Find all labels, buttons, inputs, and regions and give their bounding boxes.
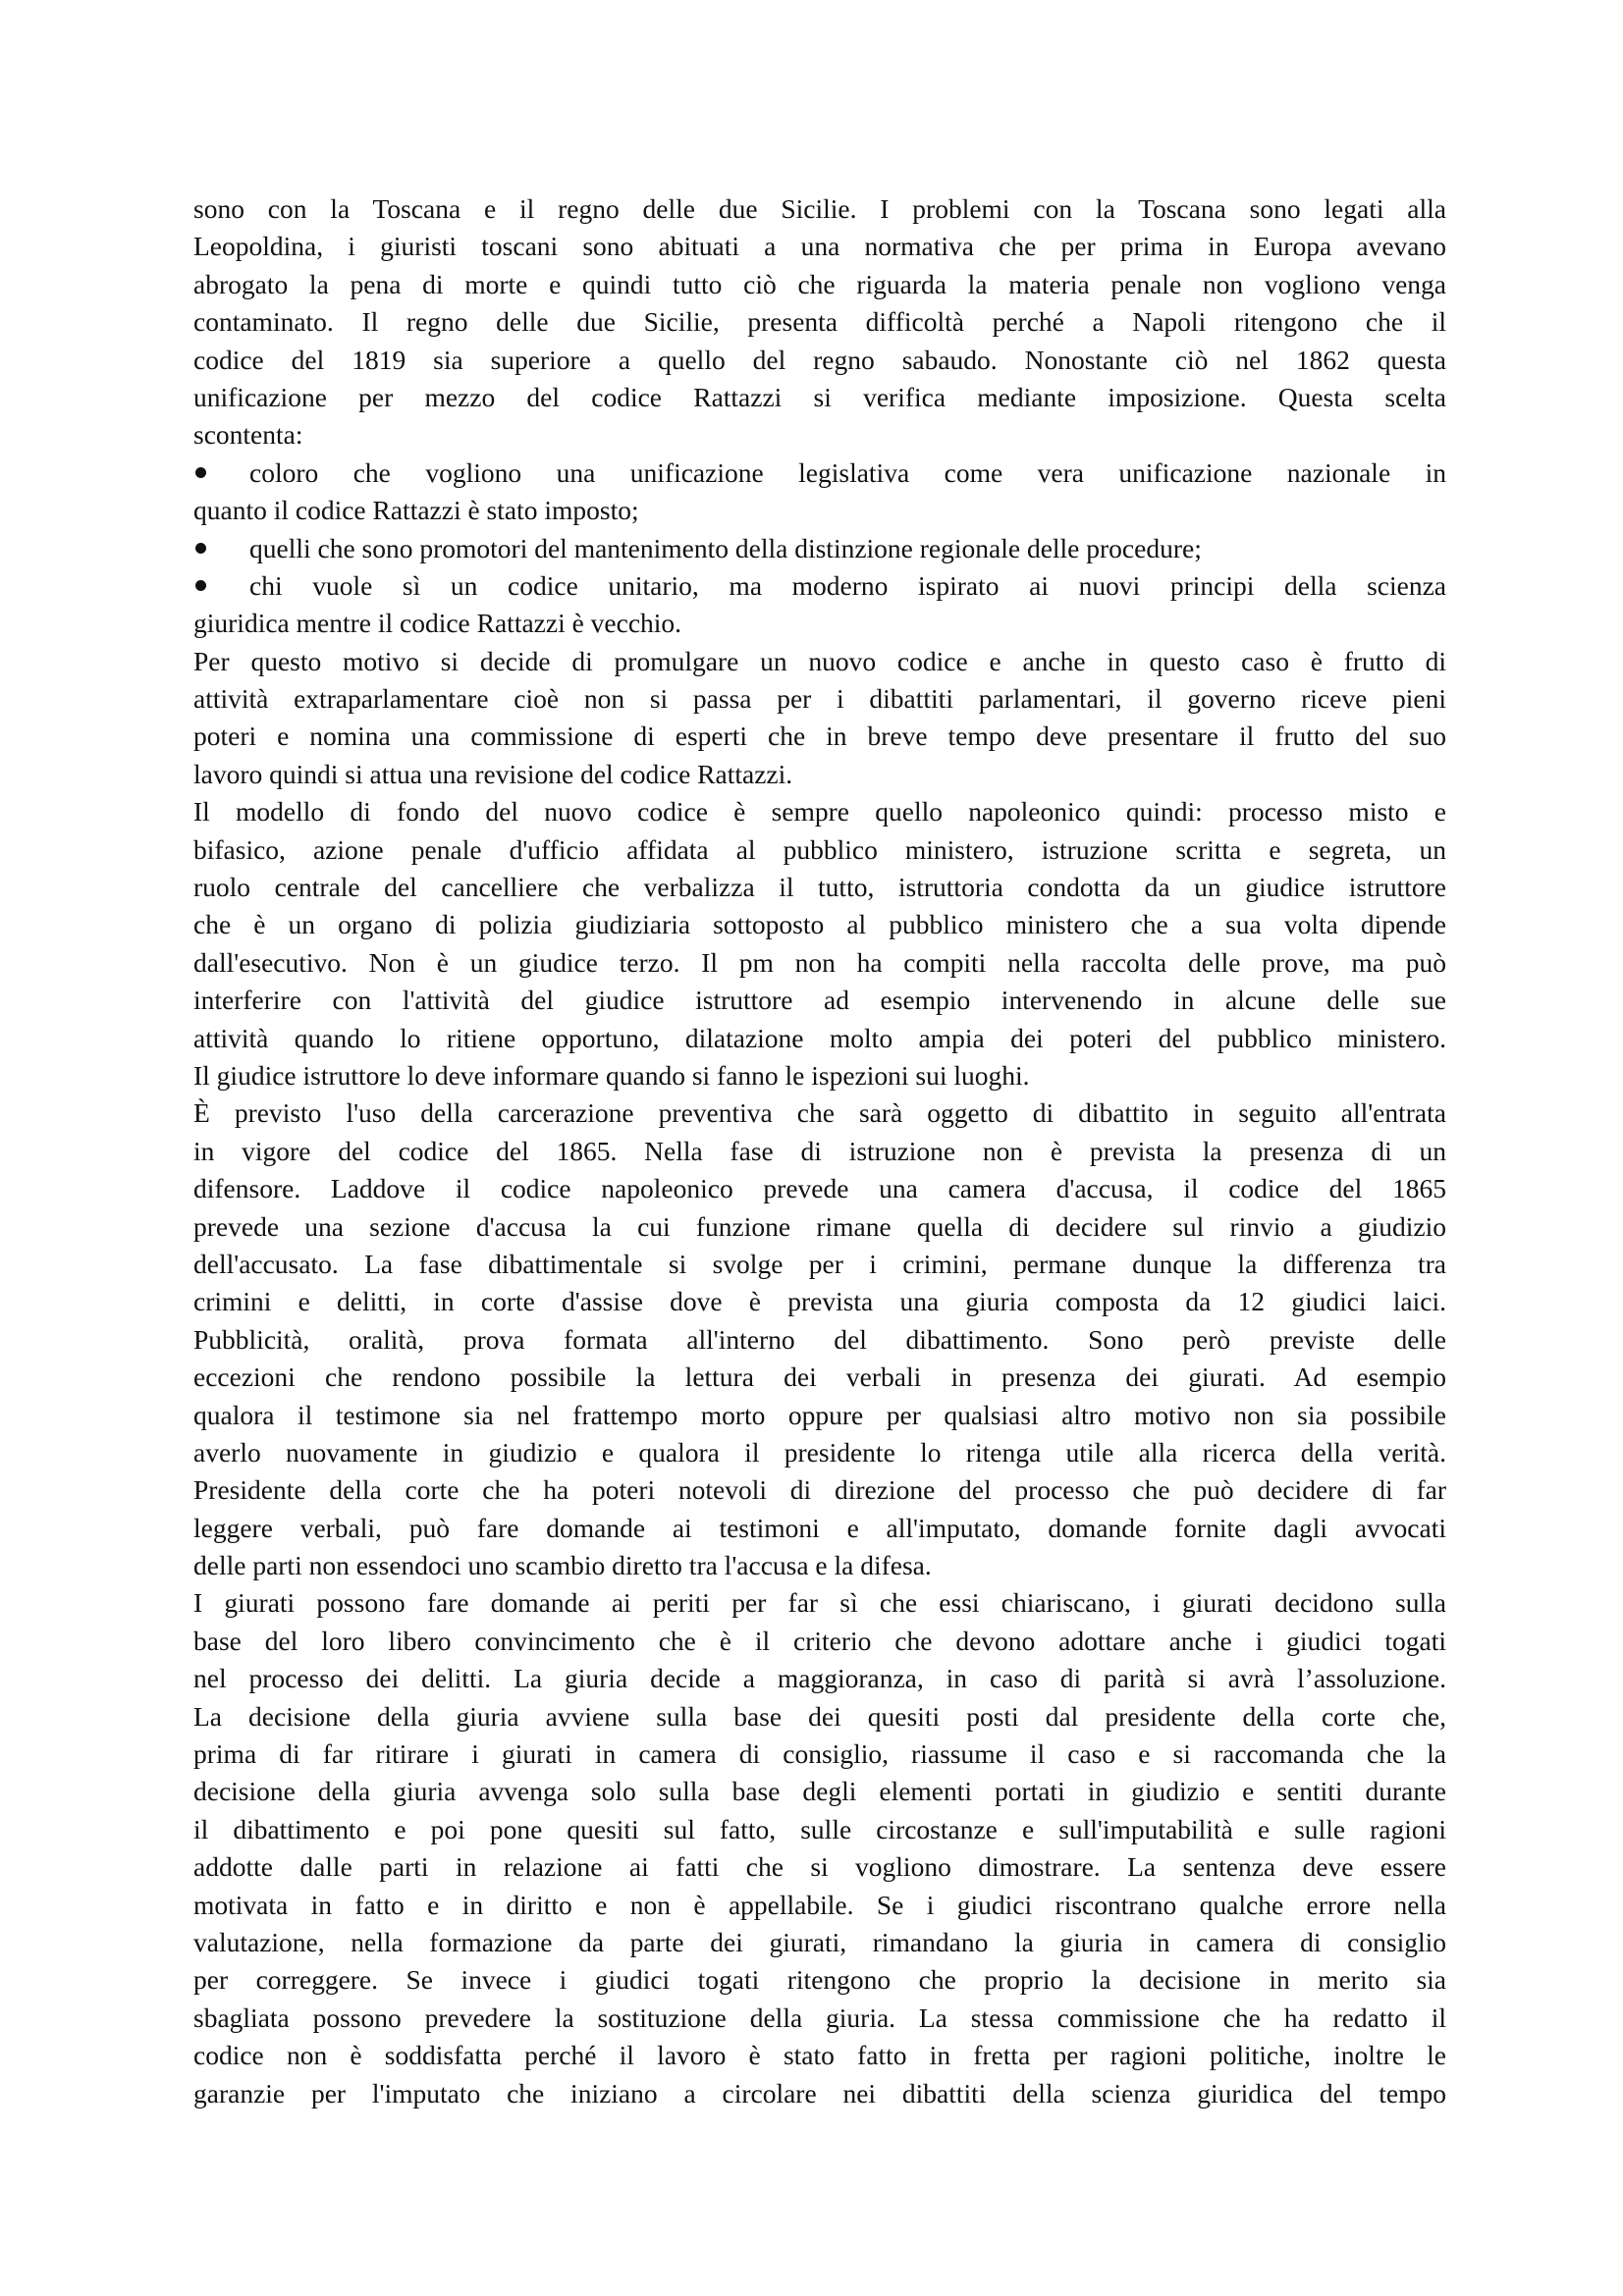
text-line: contaminato. Il regno delle due Sicilie,…: [193, 303, 1446, 341]
text-line: scontenta:: [193, 416, 1446, 454]
text-line-content: averlo nuovamente in giudizio e qualora …: [193, 1437, 1446, 1468]
text-line-content: che è un organo di polizia giudiziaria s…: [193, 909, 1446, 939]
text-line-content: Leopoldina, i giuristi toscani sono abit…: [193, 231, 1446, 261]
text-line: sono con la Toscana e il regno delle due…: [193, 190, 1446, 228]
paragraph: Per questo motivo si decide di promulgar…: [193, 643, 1446, 794]
text-line-content: dell'accusato. La fase dibattimentale si…: [193, 1249, 1446, 1279]
text-line-content: garanzie per l'imputato che iniziano a c…: [193, 2078, 1446, 2109]
text-line-content: decisione della giuria avvenga solo sull…: [193, 1776, 1446, 1806]
text-line: leggere verbali, può fare domande ai tes…: [193, 1510, 1446, 1547]
text-line: Il modello di fondo del nuovo codice è s…: [193, 793, 1446, 830]
text-line-content: interferire con l'attività del giudice i…: [193, 985, 1446, 1015]
text-line-content: motivata in fatto e in diritto e non è a…: [193, 1890, 1446, 1920]
text-line: attività extraparlamentare cioè non si p…: [193, 680, 1446, 718]
text-line: decisione della giuria avvenga solo sull…: [193, 1773, 1446, 1810]
text-line: qualora il testimone sia nel frattempo m…: [193, 1397, 1446, 1434]
paragraph: È previsto l'uso della carcerazione prev…: [193, 1095, 1446, 1584]
text-line-content: lavoro quindi si attua una revisione del…: [193, 759, 792, 789]
text-line-content: addotte dalle parti in relazione ai fatt…: [193, 1851, 1446, 1882]
text-line: codice del 1819 sia superiore a quello d…: [193, 342, 1446, 379]
text-line-content: Presidente della corte che ha poteri not…: [193, 1474, 1446, 1505]
text-line-content: Per questo motivo si decide di promulgar…: [193, 646, 1446, 676]
text-line-content: il dibattimento e poi pone quesiti sul f…: [193, 1814, 1446, 1844]
text-line-content: unificazione per mezzo del codice Rattaz…: [193, 382, 1446, 412]
text-line-content: Il modello di fondo del nuovo codice è s…: [193, 796, 1446, 827]
text-line: motivata in fatto e in diritto e non è a…: [193, 1887, 1446, 1924]
text-line-content: nel processo dei delitti. La giuria deci…: [193, 1663, 1446, 1693]
text-line: I giurati possono fare domande ai periti…: [193, 1584, 1446, 1622]
text-line: Per questo motivo si decide di promulgar…: [193, 643, 1446, 680]
text-line-content: Il giudice istruttore lo deve informare …: [193, 1060, 1030, 1091]
text-line-content: in vigore del codice del 1865. Nella fas…: [193, 1136, 1446, 1166]
text-line-content: prima di far ritirare i giurati in camer…: [193, 1738, 1446, 1769]
text-line-content: codice non è soddisfatta perché il lavor…: [193, 2040, 1446, 2070]
paragraph: Il modello di fondo del nuovo codice è s…: [193, 793, 1446, 1095]
text-line: per correggere. Se invece i giudici toga…: [193, 1961, 1446, 1999]
text-line-content: difensore. Laddove il codice napoleonico…: [193, 1173, 1446, 1203]
text-line: averlo nuovamente in giudizio e qualora …: [193, 1434, 1446, 1471]
text-line: giuridica mentre il codice Rattazzi è ve…: [193, 605, 1446, 642]
text-line-content: È previsto l'uso della carcerazione prev…: [193, 1097, 1446, 1128]
text-line-content: quanto il codice Rattazzi è stato impost…: [193, 495, 639, 525]
bullet-list-item: coloro che vogliono una unificazione leg…: [193, 454, 1446, 530]
text-line: La decisione della giuria avviene sulla …: [193, 1698, 1446, 1735]
text-line-content: coloro che vogliono una unificazione leg…: [249, 457, 1446, 488]
text-line: Leopoldina, i giuristi toscani sono abit…: [193, 228, 1446, 265]
text-line-content: codice del 1819 sia superiore a quello d…: [193, 345, 1446, 375]
paragraph: I giurati possono fare domande ai periti…: [193, 1584, 1446, 2111]
text-line: quanto il codice Rattazzi è stato impost…: [193, 492, 1446, 529]
text-line-content: poteri e nomina una commissione di esper…: [193, 721, 1446, 751]
text-line-content: abrogato la pena di morte e quindi tutto…: [193, 269, 1446, 299]
bullet-list-item: chi vuole sì un codice unitario, ma mode…: [193, 567, 1446, 643]
text-line: difensore. Laddove il codice napoleonico…: [193, 1170, 1446, 1207]
text-line-content: quelli che sono promotori del mantenimen…: [249, 533, 1202, 563]
text-line: bifasico, azione penale d'ufficio affida…: [193, 831, 1446, 869]
text-line: eccezioni che rendono possibile la lettu…: [193, 1359, 1446, 1396]
text-line: codice non è soddisfatta perché il lavor…: [193, 2037, 1446, 2074]
text-line-content: Pubblicità, oralità, prova formata all'i…: [193, 1324, 1446, 1355]
text-line: prevede una sezione d'accusa la cui funz…: [193, 1208, 1446, 1246]
text-line-content: sono con la Toscana e il regno delle due…: [193, 193, 1446, 224]
text-line-content: sbagliata possono prevedere la sostituzi…: [193, 2002, 1446, 2033]
bullet-icon: [195, 543, 206, 554]
document-page: sono con la Toscana e il regno delle due…: [193, 190, 1446, 2112]
text-line: Presidente della corte che ha poteri not…: [193, 1471, 1446, 1509]
text-line: Il giudice istruttore lo deve informare …: [193, 1057, 1446, 1095]
text-line: che è un organo di polizia giudiziaria s…: [193, 906, 1446, 943]
text-line-content: qualora il testimone sia nel frattempo m…: [193, 1400, 1446, 1430]
text-line: delle parti non essendoci uno scambio di…: [193, 1547, 1446, 1584]
text-line-content: valutazione, nella formazione da parte d…: [193, 1927, 1446, 1957]
text-line: sbagliata possono prevedere la sostituzi…: [193, 2000, 1446, 2037]
text-line-content: scontenta:: [193, 419, 303, 450]
text-line-content: La decisione della giuria avviene sulla …: [193, 1701, 1446, 1732]
text-line: addotte dalle parti in relazione ai fatt…: [193, 1848, 1446, 1886]
bullet-icon: [195, 467, 206, 478]
text-line-content: leggere verbali, può fare domande ai tes…: [193, 1513, 1446, 1543]
text-line-content: giuridica mentre il codice Rattazzi è ve…: [193, 608, 681, 638]
text-line: poteri e nomina una commissione di esper…: [193, 718, 1446, 755]
text-line-content: contaminato. Il regno delle due Sicilie,…: [193, 306, 1446, 337]
bullet-icon: [195, 580, 206, 591]
text-line-content: ruolo centrale del cancelliere che verba…: [193, 872, 1446, 902]
text-line: quelli che sono promotori del mantenimen…: [193, 530, 1446, 567]
text-line: valutazione, nella formazione da parte d…: [193, 1924, 1446, 1961]
text-line: prima di far ritirare i giurati in camer…: [193, 1735, 1446, 1773]
text-line: È previsto l'uso della carcerazione prev…: [193, 1095, 1446, 1132]
text-line: in vigore del codice del 1865. Nella fas…: [193, 1133, 1446, 1170]
text-line: chi vuole sì un codice unitario, ma mode…: [193, 567, 1446, 605]
text-line-content: attività extraparlamentare cioè non si p…: [193, 683, 1446, 714]
text-line-content: prevede una sezione d'accusa la cui funz…: [193, 1211, 1446, 1242]
text-line: nel processo dei delitti. La giuria deci…: [193, 1660, 1446, 1697]
text-line: il dibattimento e poi pone quesiti sul f…: [193, 1811, 1446, 1848]
text-line-content: chi vuole sì un codice unitario, ma mode…: [249, 570, 1446, 601]
text-line: ruolo centrale del cancelliere che verba…: [193, 869, 1446, 906]
text-line-content: bifasico, azione penale d'ufficio affida…: [193, 834, 1446, 865]
text-line: crimini e delitti, in corte d'assise dov…: [193, 1283, 1446, 1320]
text-line-content: I giurati possono fare domande ai periti…: [193, 1587, 1446, 1618]
text-line: Pubblicità, oralità, prova formata all'i…: [193, 1321, 1446, 1359]
text-line: garanzie per l'imputato che iniziano a c…: [193, 2075, 1446, 2112]
paragraph: sono con la Toscana e il regno delle due…: [193, 190, 1446, 454]
text-line: lavoro quindi si attua una revisione del…: [193, 756, 1446, 793]
text-line: dall'esecutivo. Non è un giudice terzo. …: [193, 944, 1446, 982]
text-line: attività quando lo ritiene opportuno, di…: [193, 1020, 1446, 1057]
text-line: base del loro libero convincimento che è…: [193, 1623, 1446, 1660]
text-line-content: crimini e delitti, in corte d'assise dov…: [193, 1286, 1446, 1316]
text-line: abrogato la pena di morte e quindi tutto…: [193, 266, 1446, 303]
text-line: coloro che vogliono una unificazione leg…: [193, 454, 1446, 492]
text-line-content: base del loro libero convincimento che è…: [193, 1626, 1446, 1656]
text-line: unificazione per mezzo del codice Rattaz…: [193, 379, 1446, 416]
text-line-content: per correggere. Se invece i giudici toga…: [193, 1964, 1446, 1995]
text-line: interferire con l'attività del giudice i…: [193, 982, 1446, 1019]
text-line-content: attività quando lo ritiene opportuno, di…: [193, 1023, 1446, 1053]
text-line-content: eccezioni che rendono possibile la lettu…: [193, 1362, 1446, 1392]
bullet-list-item: quelli che sono promotori del mantenimen…: [193, 530, 1446, 567]
text-line-content: delle parti non essendoci uno scambio di…: [193, 1550, 932, 1580]
text-line-content: dall'esecutivo. Non è un giudice terzo. …: [193, 947, 1446, 978]
text-line: dell'accusato. La fase dibattimentale si…: [193, 1246, 1446, 1283]
